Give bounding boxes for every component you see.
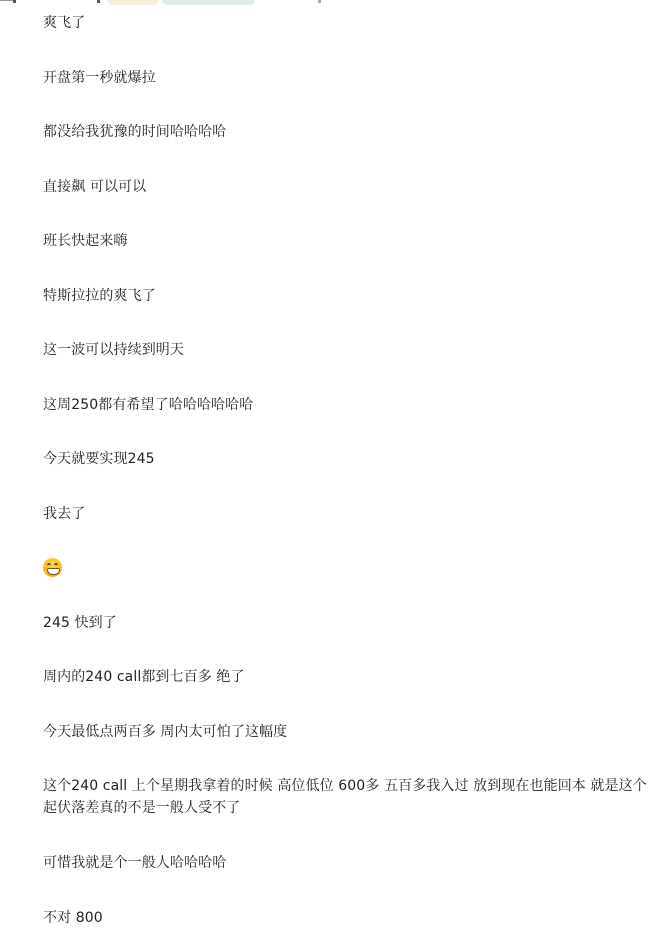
header-icon [97,0,100,3]
header-remnant [0,0,658,6]
message-item: 周内的240 call都到七百多 绝了 [43,666,651,688]
message-item: 今天最低点两百多 周内太可怕了这幅度 [43,721,651,743]
message-item: 这周250都有希望了哈哈哈哈哈哈 [43,394,651,416]
message-item: 可惜我就是个一般人哈哈哈哈 [43,852,651,874]
header-tag[interactable] [107,0,158,5]
grinning-face-emoji-icon [43,558,62,577]
message-item: 我去了 [43,503,651,525]
message-item-emoji [43,555,651,581]
header-divider [0,0,14,1]
message-item: 开盘第一秒就爆拉 [43,67,651,89]
message-item: 不对 800 [43,907,651,929]
message-item: 都没给我犹豫的时间哈哈哈哈 [43,121,651,143]
header-icon [318,0,321,3]
message-item: 这一波可以持续到明天 [43,339,651,361]
message-item: 245 快到了 [43,612,651,634]
header-tag[interactable] [162,0,255,5]
message-item: 直接飙 可以可以 [43,176,651,198]
header-icon [13,0,16,3]
message-item: 这个240 call 上个星期我拿着的时候 高位低位 600多 五百多我入过 放… [43,775,651,819]
message-item: 今天就要实现245 [43,448,651,470]
message-item: 特斯拉拉的爽飞了 [43,285,651,307]
message-item: 班长快起来嗨 [43,230,651,252]
message-item: 爽飞了 [43,12,651,34]
